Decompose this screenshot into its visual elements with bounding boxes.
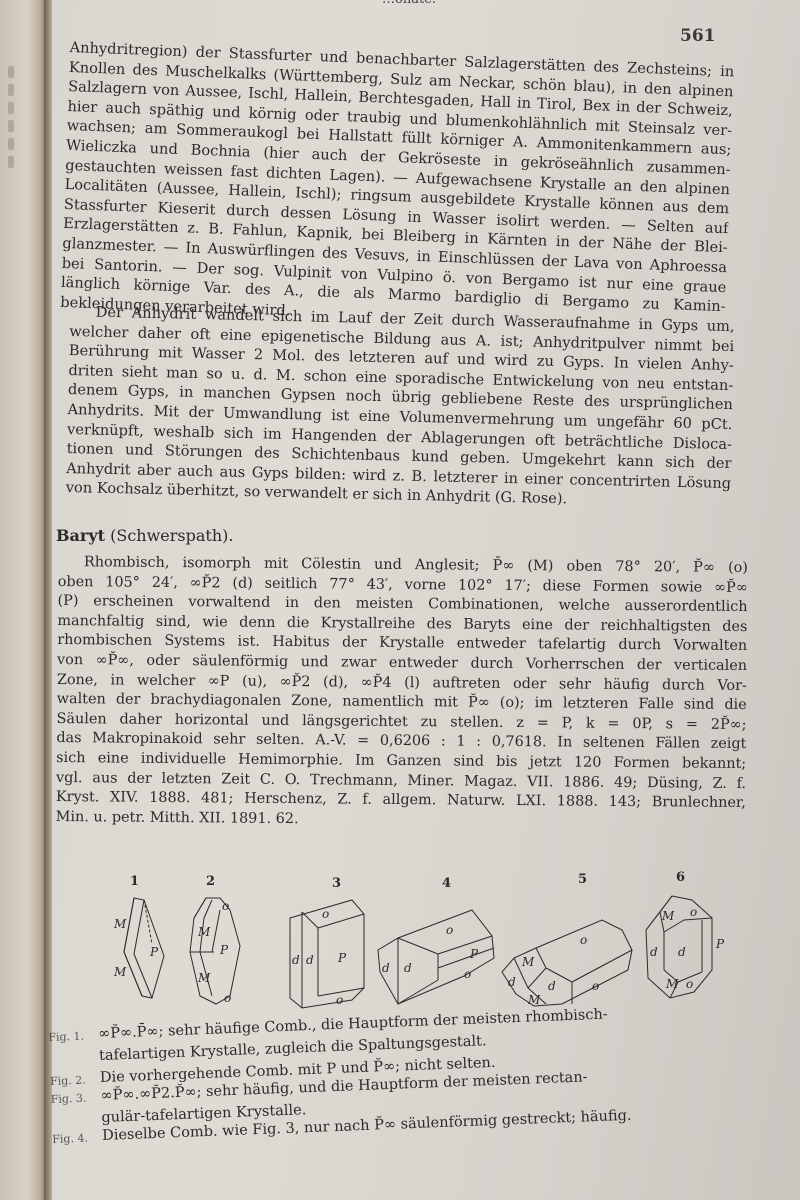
paragraph-anhydrite-localities: Anhydritregion) der Stassfurter und bena… — [60, 38, 735, 336]
figure-captions: Fig. 1. ∞P̆∞.P̄∞; sehr häufige Comb., di… — [48, 1001, 752, 1152]
svg-text:M: M — [527, 993, 541, 1007]
running-header-fragment: …onate. — [382, 0, 436, 7]
section-heading-baryt: Baryt (Schwerspath). — [56, 526, 233, 545]
paragraph-anhydrite-transformation: Der Anhydrit wandelt sich im Lauf der Ze… — [66, 302, 735, 513]
crystal-figures: 1 M M P 2 — [102, 870, 752, 1020]
svg-text:M: M — [113, 917, 127, 931]
svg-text:o: o — [580, 933, 587, 947]
svg-text:P: P — [149, 945, 159, 959]
crystal-drawing-1: M M P — [112, 896, 172, 1036]
crystal-drawing-6: M o d d P M o — [642, 894, 732, 1014]
svg-text:o: o — [690, 905, 697, 919]
svg-text:P: P — [469, 947, 479, 961]
svg-text:P: P — [337, 951, 347, 965]
previous-page-edge — [0, 0, 46, 1200]
section-title: Baryt — [56, 526, 105, 545]
svg-text:M: M — [113, 965, 127, 979]
previous-page-text-fragments — [4, 60, 34, 168]
svg-text:d: d — [650, 945, 658, 959]
svg-text:M: M — [661, 909, 675, 923]
svg-text:P: P — [219, 943, 229, 957]
svg-text:o: o — [686, 977, 693, 991]
svg-text:o: o — [224, 991, 231, 1005]
page-number: 561 — [680, 26, 716, 46]
crystal-drawing-5: o M d d M o — [500, 908, 640, 1018]
paragraph-baryt-description: Rhombisch, isomorph mit Cölestin und Ang… — [56, 552, 748, 832]
svg-text:M: M — [197, 925, 211, 939]
section-subtitle: (Schwerspath). — [110, 526, 233, 545]
svg-text:d: d — [404, 961, 412, 975]
crystal-drawing-3: o d d P o — [288, 900, 378, 1020]
svg-text:P: P — [715, 937, 725, 951]
svg-text:d: d — [306, 953, 314, 967]
svg-text:o: o — [446, 923, 453, 937]
svg-text:o: o — [222, 899, 229, 913]
svg-text:o: o — [322, 907, 329, 921]
svg-text:o: o — [464, 967, 471, 981]
svg-text:d: d — [548, 979, 556, 993]
svg-text:d: d — [292, 953, 300, 967]
crystal-drawing-2: o M P M o — [184, 896, 254, 1036]
crystal-drawing-4: o d d P o — [376, 910, 506, 1010]
svg-text:d: d — [678, 945, 686, 959]
svg-text:M: M — [197, 971, 211, 985]
svg-text:o: o — [336, 993, 343, 1007]
svg-text:o: o — [592, 979, 599, 993]
svg-text:d: d — [382, 961, 390, 975]
book-page: …onate. 561 Anhydritregion) der Stassfur… — [52, 0, 800, 1200]
svg-text:M: M — [665, 977, 679, 991]
svg-text:M: M — [521, 955, 535, 969]
svg-text:d: d — [508, 975, 516, 989]
